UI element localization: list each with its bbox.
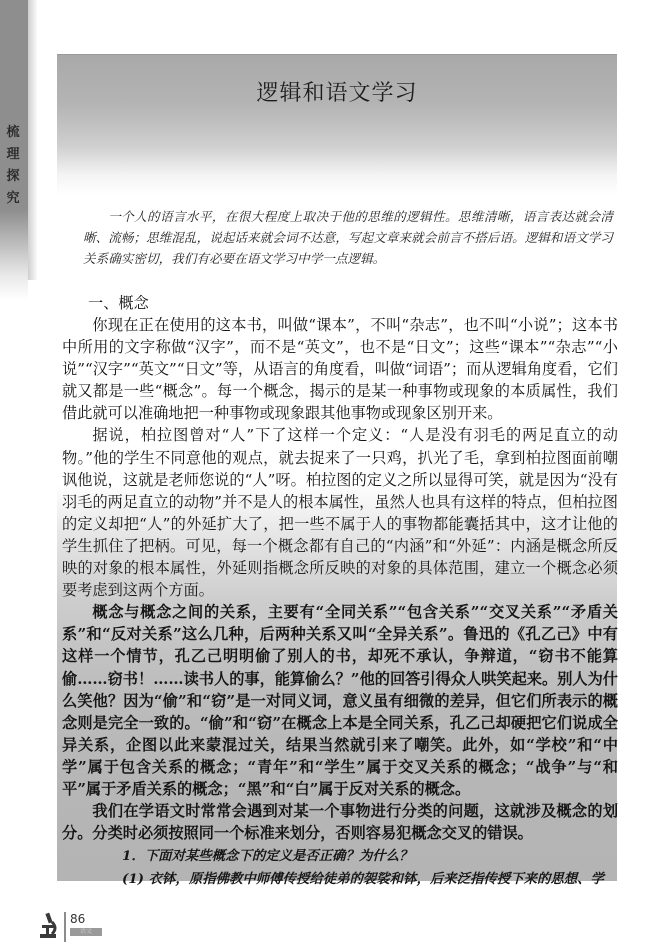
side-label-char: 究 [4,192,22,206]
body-paragraph: 我们在学语文时常常会遇到对某一个事物进行分类的问题，这就涉及概念的划分。分类时必… [62,800,618,844]
section-heading: 一、概念 [62,292,618,314]
microscope-icon [38,912,60,940]
main-body: 一、概念 你现在正在使用的这本书，叫做“课本”，不叫“杂志”，也不叫“小说”；这… [62,292,618,890]
intro-block: 一个人的语言水平，在很大程度上取决于他的思维的逻辑性。思维清晰，语言表达就会清晰… [83,206,613,269]
section-side-label: 梳 理 探 究 [4,126,22,206]
exercise-question: 1．下面对某些概念下的定义是否正确？为什么？ [62,844,618,868]
page-title: 逻辑和语文学习 [57,76,617,107]
side-strip-shadow [28,0,38,280]
page-number: 86 [70,912,102,926]
body-paragraph: 据说，柏拉图曾对“人”下了这样一个定义：“人是没有羽毛的两足直立的动物。”他的学… [62,424,618,601]
footer-tag: 语文 [70,928,102,936]
intro-paragraph: 一个人的语言水平，在很大程度上取决于他的思维的逻辑性。思维清晰，语言表达就会清晰… [83,206,613,269]
body-paragraph: 你现在正在使用的这本书，叫做“课本”，不叫“杂志”，也不叫“小说”；这本书中所用… [62,314,618,424]
page-number-block: 86 语文 [70,912,102,936]
side-label-char: 探 [4,170,22,184]
body-paragraph: 概念与概念之间的关系，主要有“全同关系”“包含关系”“交叉关系”“矛盾关系”和“… [62,601,618,800]
side-label-char: 理 [4,148,22,162]
exercise-item: (1) 衣钵，原指佛教中师傅传授给徒弟的袈裟和钵，后来泛指传授下来的思想、学 [62,868,618,890]
page-footer: 86 语文 [38,912,102,942]
side-label-char: 梳 [4,126,22,140]
footer-divider [64,912,66,942]
